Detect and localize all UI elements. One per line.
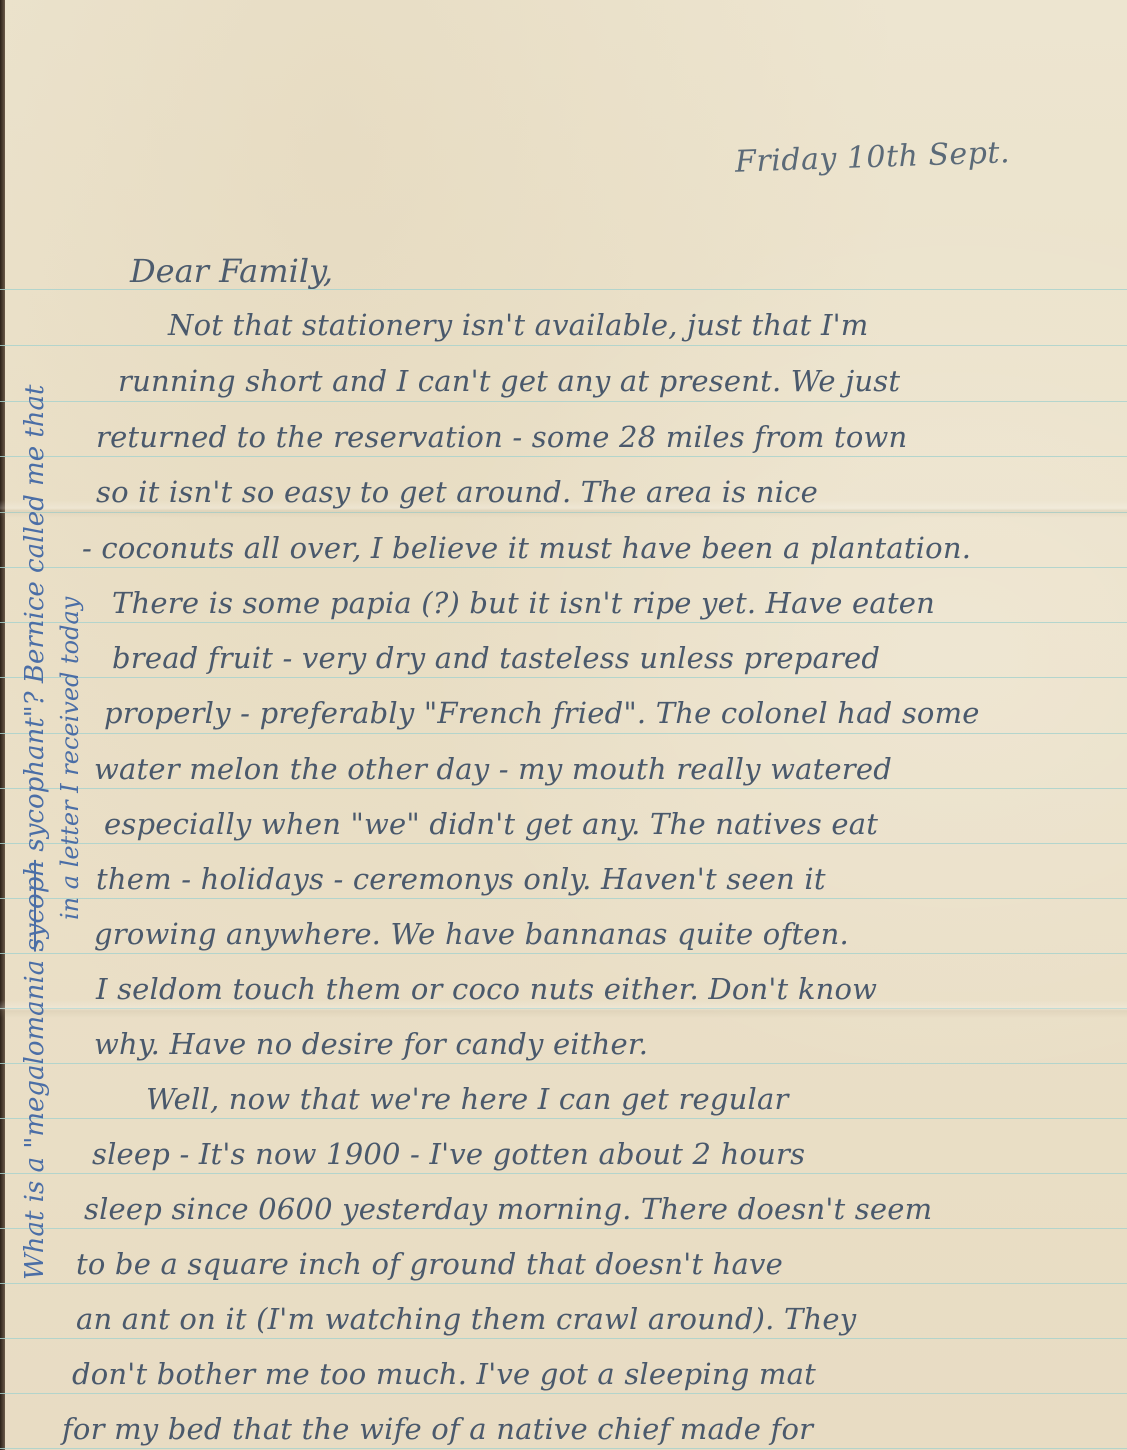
rule-line — [0, 1228, 1127, 1229]
rule-line — [0, 1118, 1127, 1119]
letter-line: Not that stationery isn't available, jus… — [168, 308, 868, 342]
letter-line: to be a square inch of ground that doesn… — [76, 1247, 783, 1281]
letter-date: Friday 10th Sept. — [734, 135, 1010, 180]
margin-note-struck-word: sycoph — [20, 860, 50, 952]
rule-line — [0, 1338, 1127, 1339]
letter-line: water melon the other day - my mouth rea… — [94, 752, 892, 786]
salutation: Dear Family, — [130, 252, 333, 290]
rule-line — [0, 677, 1127, 678]
letter-line: properly - preferably "French fried". Th… — [104, 696, 980, 730]
letter-line: sleep since 0600 yesterday morning. Ther… — [84, 1192, 932, 1226]
letter-line: - coconuts all over, I believe it must h… — [82, 531, 971, 565]
rule-line — [0, 953, 1127, 954]
letter-line: why. Have no desire for candy either. — [94, 1027, 648, 1061]
letter-line: so it isn't so easy to get around. The a… — [96, 475, 818, 509]
margin-note-text: sycophant"? Bernice called me that — [20, 385, 50, 852]
letter-line: them - holidays - ceremonys only. Haven'… — [96, 862, 826, 896]
letter-line: especially when "we" didn't get any. The… — [104, 807, 878, 841]
rule-line — [0, 843, 1127, 844]
rule-line — [0, 567, 1127, 568]
letter-line: running short and I can't get any at pre… — [118, 364, 900, 398]
rule-line — [0, 1448, 1127, 1449]
rule-line — [0, 898, 1127, 899]
letter-paper: Friday 10th Sept. Dear Family, Not that … — [0, 0, 1127, 1450]
rule-line — [0, 1173, 1127, 1174]
letter-line: growing anywhere. We have bannanas quite… — [94, 917, 849, 951]
letter-line: an ant on it (I'm watching them crawl ar… — [76, 1302, 856, 1336]
rule-line — [0, 456, 1127, 457]
rule-line — [0, 401, 1127, 402]
rule-line — [0, 622, 1127, 623]
rule-line — [0, 1063, 1127, 1064]
margin-note-text: What is a "megalomania — [20, 960, 50, 1280]
rule-line — [0, 733, 1127, 734]
page-edge-shadow — [0, 0, 5, 1450]
rule-line — [0, 788, 1127, 789]
letter-line: returned to the reservation - some 28 mi… — [96, 420, 907, 454]
margin-note-line-1: What is a "megalomania sycoph sycophant"… — [20, 385, 50, 1281]
rule-line — [0, 1393, 1127, 1394]
letter-line: bread fruit - very dry and tasteless unl… — [112, 641, 880, 675]
letter-line: sleep - It's now 1900 - I've gotten abou… — [92, 1137, 805, 1171]
margin-note-line-2: in a letter I received today — [56, 597, 84, 920]
letter-line: There is some papia (?) but it isn't rip… — [112, 586, 935, 620]
letter-line: for my bed that the wife of a native chi… — [62, 1412, 813, 1446]
letter-line: I seldom touch them or coco nuts either.… — [96, 972, 877, 1006]
rule-line — [0, 345, 1127, 346]
rule-line — [0, 1283, 1127, 1284]
letter-line: Well, now that we're here I can get regu… — [146, 1082, 789, 1116]
letter-line: don't bother me too much. I've got a sle… — [72, 1357, 816, 1391]
